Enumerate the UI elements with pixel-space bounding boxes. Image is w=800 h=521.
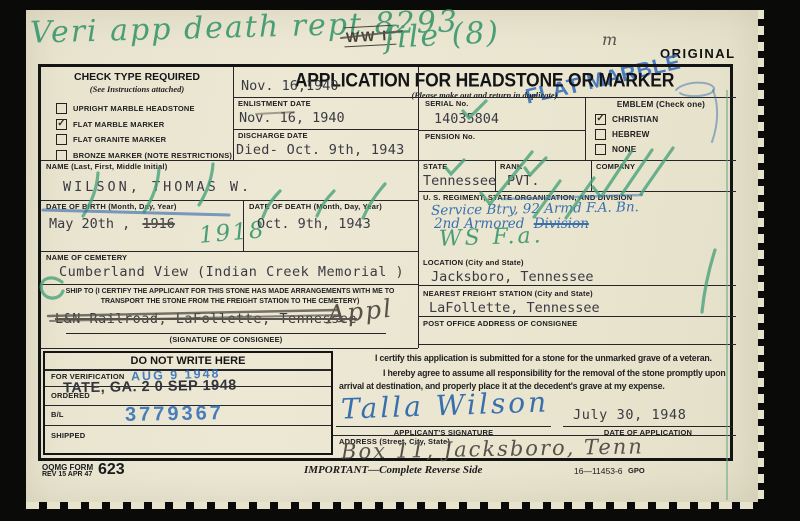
application-date-value: July 30, 1948 xyxy=(573,407,686,423)
location-label: LOCATION (City and State) xyxy=(423,258,524,267)
footer-form-code2: REV 15 APR 47 xyxy=(42,471,92,478)
do-not-write-title: DO NOT WRITE HERE xyxy=(45,355,331,367)
typed-date-top: Nov. 16,1940 xyxy=(241,78,339,94)
emblem-options: ✓ CHRISTIAN HEBREW NONE xyxy=(595,112,658,157)
company-label: COMPANY xyxy=(596,162,635,171)
discharge-date-label: DISCHARGE DATE xyxy=(238,131,308,140)
divider xyxy=(233,67,234,160)
dob-struck-year: 1916 xyxy=(142,216,175,232)
option-hebrew: HEBREW xyxy=(595,127,658,142)
state-label: STATE xyxy=(423,162,447,171)
divider xyxy=(41,348,418,349)
consignee-address-label: POST OFFICE ADDRESS OF CONSIGNEE xyxy=(423,319,577,328)
checkbox-flat-granite[interactable] xyxy=(56,134,67,145)
serial-no-label: SERIAL No. xyxy=(425,99,469,108)
form-paper-sheet: Veri app death rept 8293 WW II file (8) … xyxy=(26,10,758,502)
footer-print-code: 16—11453-6 xyxy=(574,466,623,476)
scanned-document-background: { "annotations": { "top_note_left": "Ver… xyxy=(0,0,800,521)
cemetery-label: NAME OF CEMETERY xyxy=(46,253,127,262)
ship-to-pencil-annotation: Appl xyxy=(326,294,395,330)
enlistment-date-value: Nov. 16, 1940 xyxy=(239,110,345,126)
freight-station-value: LaFollette, Tennessee xyxy=(429,300,600,316)
checkbox-christian[interactable]: ✓ xyxy=(595,114,606,125)
option-label: FLAT MARBLE MARKER xyxy=(73,120,164,129)
footer-important-note: IMPORTANT—Complete Reverse Side xyxy=(304,464,482,476)
option-upright-marble-headstone: UPRIGHT MARBLE HEADSTONE xyxy=(56,101,232,117)
option-christian: ✓ CHRISTIAN xyxy=(595,112,658,127)
checkbox-upright-marble[interactable] xyxy=(56,103,67,114)
form-main-border: CHECK TYPE REQUIRED (See Instructions at… xyxy=(38,64,733,461)
option-none: NONE xyxy=(595,142,658,157)
discharge-date-value: Died- Oct. 9th, 1943 xyxy=(236,142,405,158)
name-value: WILSON, THOMAS W. xyxy=(63,179,252,195)
dob-label: DATE OF BIRTH (Month, Day, Year) xyxy=(46,202,177,211)
rank-value: PVT. xyxy=(507,173,540,189)
address-handwritten-value: Box 11, Jacksboro, Tenn xyxy=(341,434,644,463)
cemetery-value: Cumberland View (Indian Creek Memorial ) xyxy=(59,264,404,280)
regiment-handwritten-line3: WS F.a. xyxy=(439,223,544,252)
ship-to-struck-value: L&N Railroad, LaFollette, Tennessee xyxy=(55,311,357,327)
location-value: Jacksboro, Tennessee xyxy=(431,269,594,285)
applicant-signature: Talla Wilson xyxy=(340,385,549,425)
row-shipped: SHIPPED xyxy=(51,431,85,440)
option-label: CHRISTIAN xyxy=(612,115,658,124)
check-type-options: UPRIGHT MARBLE HEADSTONE ✓ FLAT MARBLE M… xyxy=(56,101,232,163)
dob-value: May 20th , 1916 xyxy=(49,216,175,232)
pension-no-label: PENSION No. xyxy=(425,132,475,141)
dod-label: DATE OF DEATH (Month, Day, Year) xyxy=(249,202,382,211)
rank-label: RANK xyxy=(500,162,522,171)
freight-station-label: NEAREST FREIGHT STATION (City and State) xyxy=(423,289,593,298)
emblem-title: EMBLEM (Check one) xyxy=(589,100,733,109)
pencil-mark: m xyxy=(602,30,617,49)
serial-no-value: 14035804 xyxy=(434,111,499,127)
option-flat-granite-marker: FLAT GRANITE MARKER xyxy=(56,132,232,148)
dob-value-text: May 20th , xyxy=(49,216,130,232)
handwritten-top-note-right: file (8) xyxy=(383,15,501,56)
option-label: HEBREW xyxy=(612,130,650,139)
perforated-bottom-edge xyxy=(26,502,758,509)
divider xyxy=(41,284,418,285)
divider xyxy=(418,67,419,348)
checkbox-hebrew[interactable] xyxy=(595,129,606,140)
option-label: UPRIGHT MARBLE HEADSTONE xyxy=(73,104,195,113)
check-type-title: CHECK TYPE REQUIRED xyxy=(41,71,233,83)
footer-form-number: 623 xyxy=(98,461,125,479)
divider xyxy=(591,160,592,191)
check-type-subtitle: (See Instructions attached) xyxy=(41,84,233,94)
option-label: BRONZE MARKER (NOTE RESTRICTIONS) xyxy=(73,151,232,160)
divider xyxy=(585,97,586,160)
bl-number-stamp: 3779367 xyxy=(125,402,224,427)
state-value: Tennessee xyxy=(423,173,496,189)
do-not-write-box: DO NOT WRITE HERE FOR VERIFICATION ORDER… xyxy=(43,351,333,455)
ordered-stamp: TATE, GA. 2 0 SEP 1948 xyxy=(63,377,237,396)
option-label: FLAT GRANITE MARKER xyxy=(73,135,166,144)
option-label: NONE xyxy=(612,145,636,154)
name-label: NAME (Last, First, Middle Initial) xyxy=(46,162,167,171)
divider xyxy=(418,316,736,317)
enlistment-date-label: ENLISTMENT DATE xyxy=(238,99,311,108)
green-margin-line xyxy=(726,90,728,500)
checkbox-flat-marble[interactable]: ✓ xyxy=(56,119,67,130)
option-flat-marble-marker: ✓ FLAT MARBLE MARKER xyxy=(56,117,232,133)
divider xyxy=(418,285,736,286)
certification-line1: I certify this application is submitted … xyxy=(375,353,712,363)
checkbox-none[interactable] xyxy=(595,144,606,155)
divider xyxy=(418,344,736,345)
row-bl: B/L xyxy=(51,410,64,419)
consignee-signature-caption: (SIGNATURE OF CONSIGNEE) xyxy=(66,335,386,344)
footer-gpo: GPO xyxy=(628,466,645,475)
certification-agree-line1: I hereby agree to assume all responsibil… xyxy=(383,368,726,378)
dod-value: Oct. 9th, 1943 xyxy=(257,216,371,232)
